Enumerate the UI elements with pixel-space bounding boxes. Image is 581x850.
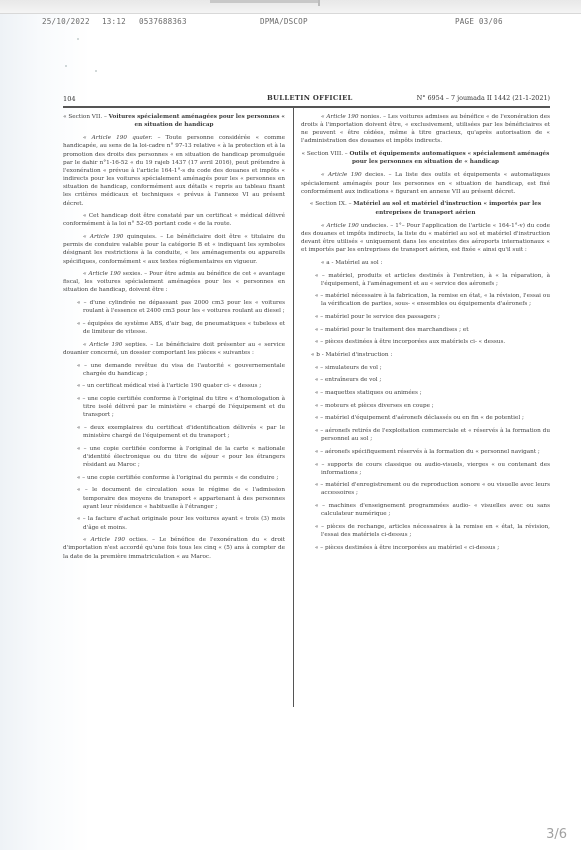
fax-header: 25/10/2022 13:12 0537688363 DPMA/DSCOP P… bbox=[42, 17, 542, 29]
section-8-heading: « Section VIII. – Outils et équipements … bbox=[301, 150, 550, 166]
list-item: « – matériel pour le service des passage… bbox=[301, 313, 550, 321]
scan-speck bbox=[77, 38, 79, 40]
article-190-sexies: « Article 190 sexies. – Pour être admis … bbox=[63, 270, 285, 294]
list-item: « – matériel, produits et articles desti… bbox=[301, 272, 550, 288]
scan-speck bbox=[65, 65, 67, 67]
list-item: « – simulateurs de vol ; bbox=[301, 364, 550, 372]
list-item: « – un certificat médical visé à l'artic… bbox=[63, 382, 285, 390]
right-column: « Article 190 nonies. – Les voitures adm… bbox=[301, 113, 550, 556]
scan-speck bbox=[95, 70, 97, 72]
article-190-undecies: « Article 190 undecies. – 1°– Pour l'app… bbox=[301, 222, 550, 255]
list-item: « – une copie certifiée conforme à l'ori… bbox=[63, 445, 285, 469]
column-divider bbox=[293, 107, 294, 707]
page-counter: 3/6 bbox=[546, 827, 567, 842]
list-item: « – pièces destinées à être incorporées … bbox=[301, 544, 550, 552]
list-item: « – le document de circulation sous le r… bbox=[63, 486, 285, 510]
list-item: « – une copie certifiée conforme à l'ori… bbox=[63, 474, 285, 482]
list-item: « – équipées de système ABS, d'air bag, … bbox=[63, 320, 285, 336]
fax-date: 25/10/2022 bbox=[42, 17, 90, 26]
fax-sender: DPMA/DSCOP bbox=[260, 17, 308, 26]
list-item: « – matériel d'enregistrement ou de repr… bbox=[301, 481, 550, 497]
fax-number: 0537688363 bbox=[139, 17, 187, 26]
list-item: « – supports de cours classique ou audio… bbox=[301, 461, 550, 477]
list-item: « – une demande revêtue du visa de l'aut… bbox=[63, 362, 285, 378]
viewer-tab-edge bbox=[318, 0, 320, 6]
list-item: « – aéronefs spécifiquement réservés à l… bbox=[301, 448, 550, 456]
list-item: « – deux exemplaires du certificat d'ide… bbox=[63, 424, 285, 440]
instruction-equipment-label: « b - Matériel d'instruction : bbox=[301, 351, 550, 359]
list-item: « – la facture d'achat originale pour le… bbox=[63, 515, 285, 531]
header-rule bbox=[63, 106, 550, 108]
bulletin-title: BULLETIN OFFICIEL bbox=[267, 94, 353, 102]
viewer-tab-indicator bbox=[210, 0, 320, 3]
article-190-octies: « Article 190 octies. – Le bénéfice de l… bbox=[63, 536, 285, 560]
fax-time: 13:12 bbox=[102, 17, 126, 26]
left-column: « Section VII. – Voitures spécialement a… bbox=[63, 113, 285, 565]
list-item: « – matériel pour le traitement des marc… bbox=[301, 326, 550, 334]
list-item: « – matériel d'équipement d'aéronefs déc… bbox=[301, 414, 550, 422]
article-190-decies: « Article 190 decies. – La liste des out… bbox=[301, 171, 550, 195]
article-190-quinquies: « Article 190 quinquies. – Le bénéficiai… bbox=[63, 233, 285, 266]
section-7-heading: « Section VII. – Voitures spécialement a… bbox=[63, 113, 285, 129]
article-190-quater: « Article 190 quater. – Toute personne c… bbox=[63, 134, 285, 207]
handicap-certificate-paragraph: « Cet handicap doit être constaté par un… bbox=[63, 212, 285, 228]
fax-page-number: PAGE 03/06 bbox=[455, 17, 503, 26]
list-item: « – entraîneurs de vol ; bbox=[301, 376, 550, 384]
list-item: « – moteurs et pièces diverses en coupe … bbox=[301, 402, 550, 410]
ground-equipment-label: « a - Matériel au sol : bbox=[301, 259, 550, 267]
article-190-nonies: « Article 190 nonies. – Les voitures adm… bbox=[301, 113, 550, 146]
list-item: « – d'une cylindrée ne dépassant pas 200… bbox=[63, 299, 285, 315]
bulletin-page-number: 104 bbox=[63, 95, 76, 103]
list-item: « – matériel nécessaire à la fabrication… bbox=[301, 292, 550, 308]
list-item: « – machines d'enseignement programmées … bbox=[301, 502, 550, 518]
bulletin-issue: N° 6954 – 7 joumada II 1442 (21-1-2021) bbox=[417, 94, 550, 102]
viewer-top-bar bbox=[0, 0, 581, 14]
list-item: « – une copie certifiée conforme à l'ori… bbox=[63, 395, 285, 419]
article-190-septies: « Article 190 septies. – Le bénéficiaire… bbox=[63, 341, 285, 357]
section-9-heading: « Section IX. – Matériel au sol et matér… bbox=[301, 200, 550, 216]
list-item: « – maquettes statiques ou animées ; bbox=[301, 389, 550, 397]
list-item: « – aéronefs retirés de l'exploitation c… bbox=[301, 427, 550, 443]
list-item: « – pièces destinées à être incorporées … bbox=[301, 338, 550, 346]
list-item: « – pièces de rechange, articles nécessa… bbox=[301, 523, 550, 539]
